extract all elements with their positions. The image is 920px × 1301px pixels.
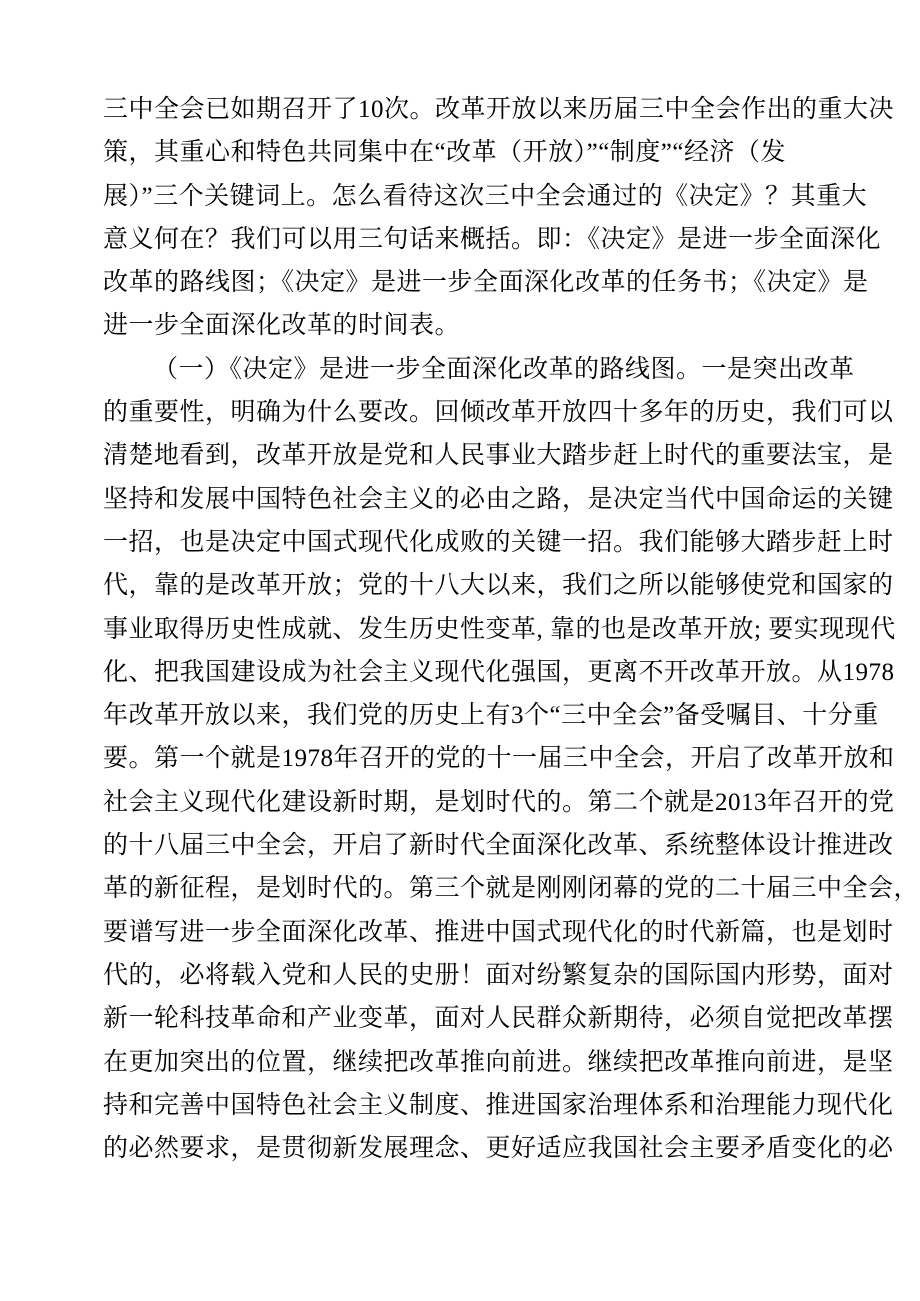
text-line: 清楚地看到，改革开放是党和人民事业大踏步赶上时代的重要法宝，是 bbox=[103, 434, 903, 477]
text-line: 改革的路线图；《决定》是进一步全面深化改革的任务书；《决定》是 bbox=[103, 261, 903, 304]
document-page: 三中全会已如期召开了10次。改革开放以来历届三中全会作出的重大决策，其重心和特色… bbox=[0, 0, 920, 1301]
text-line: 的必然要求，是贯彻新发展理念、更好适应我国社会主要矛盾变化的必 bbox=[103, 1127, 903, 1170]
paragraph: （一）《决定》是进一步全面深化改革的路线图。一是突出改革的重要性，明确为什么要改… bbox=[103, 348, 903, 1171]
text-line: 进一步全面深化改革的时间表。 bbox=[103, 304, 903, 347]
text-line: 事业取得历史性成就、发生历史性变革, 靠的也是改革开放; 要实现现代 bbox=[103, 608, 903, 651]
text-line: （一）《决定》是进一步全面深化改革的路线图。一是突出改革 bbox=[103, 348, 903, 391]
text-line: 化、把我国建设成为社会主义现代化强国，更离不开改革开放。从1978 bbox=[103, 651, 903, 694]
text-line: 在更加突出的位置，继续把改革推向前进。继续把改革推向前进，是坚 bbox=[103, 1041, 903, 1084]
document-text: 三中全会已如期召开了10次。改革开放以来历届三中全会作出的重大决策，其重心和特色… bbox=[103, 88, 903, 1170]
text-line: 革的新征程，是划时代的。第三个就是刚刚闭幕的党的二十届三中全会， bbox=[103, 867, 903, 910]
text-line: 要。第一个就是1978年召开的党的十一届三中全会，开启了改革开放和 bbox=[103, 737, 903, 780]
text-line: 要谱写进一步全面深化改革、推进中国式现代化的时代新篇，也是划时 bbox=[103, 911, 903, 954]
paragraph: 三中全会已如期召开了10次。改革开放以来历届三中全会作出的重大决策，其重心和特色… bbox=[103, 88, 903, 348]
text-line: 展）”三个关键词上。怎么看待这次三中全会通过的《决定》？其重大 bbox=[103, 175, 903, 218]
text-line: 的重要性，明确为什么要改。回倾改革开放四十多年的历史，我们可以 bbox=[103, 391, 903, 434]
text-line: 代的，必将载入党和人民的史册！面对纷繁复杂的国际国内形势，面对 bbox=[103, 954, 903, 997]
text-line: 年改革开放以来，我们党的历史上有3个“三中全会”备受嘱目、十分重 bbox=[103, 694, 903, 737]
text-line: 三中全会已如期召开了10次。改革开放以来历届三中全会作出的重大决 bbox=[103, 88, 903, 131]
text-line: 一招，也是决定中国式现代化成败的关键一招。我们能够大踏步赶上时 bbox=[103, 521, 903, 564]
text-line: 意义何在？我们可以用三句话来概括。即：《决定》是进一步全面深化 bbox=[103, 218, 903, 261]
text-line: 的十八届三中全会，开启了新时代全面深化改革、系统整体设计推进改 bbox=[103, 824, 903, 867]
text-line: 代，靠的是改革开放；党的十八大以来，我们之所以能够使党和国家的 bbox=[103, 564, 903, 607]
text-line: 新一轮科技革命和产业变革，面对人民群众新期待，必须自觉把改革摆 bbox=[103, 997, 903, 1040]
text-line: 持和完善中国特色社会主义制度、推进国家治理体系和治理能力现代化 bbox=[103, 1084, 903, 1127]
text-line: 社会主义现代化建设新时期，是划时代的。第二个就是2013年召开的党 bbox=[103, 781, 903, 824]
text-line: 坚持和发展中国特色社会主义的必由之路，是决定当代中国命运的关键 bbox=[103, 478, 903, 521]
text-line: 策，其重心和特色共同集中在“改革（开放）”“制度”“经济（发 bbox=[103, 131, 903, 174]
